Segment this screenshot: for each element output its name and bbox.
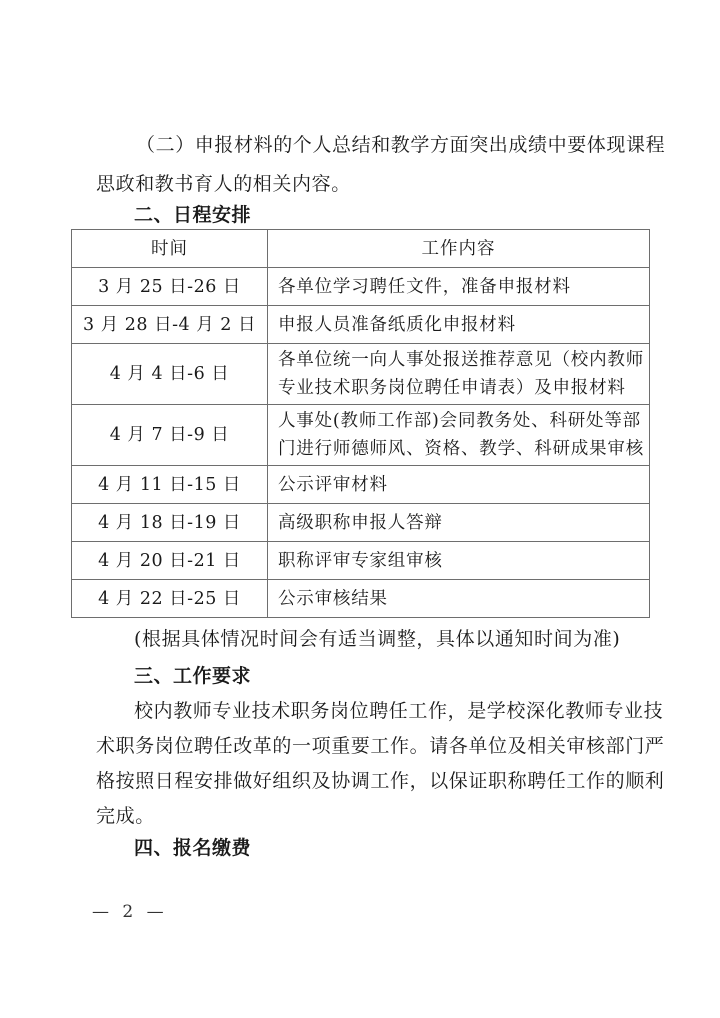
- table-header-row: 时间 工作内容: [72, 230, 650, 268]
- section-3-line-3: 格按照日程安排做好组织及协调工作，以保证职称聘任工作的顺利: [96, 769, 664, 793]
- row-content-line: 各单位学习聘任文件，准备申报材料: [278, 273, 649, 301]
- row-content-line: 各单位统一向人事处报送推荐意见（校内教师: [278, 346, 649, 374]
- header-time: 时间: [72, 230, 268, 268]
- row-content-line: 申报人员准备纸质化申报材料: [278, 311, 649, 339]
- row-content: 公示评审材料: [268, 466, 650, 504]
- row-content-line: 高级职称申报人答辩: [278, 509, 649, 537]
- row-content: 各单位学习聘任文件，准备申报材料: [268, 268, 650, 306]
- row-time: 4 月 4 日-6 日: [72, 344, 268, 405]
- row-content: 各单位统一向人事处报送推荐意见（校内教师 专业技术职务岗位聘任申请表）及申报材料: [268, 344, 650, 405]
- section-3-line-2: 术职务岗位聘任改革的一项重要工作。请各单位及相关审核部门严: [96, 734, 664, 758]
- document-page: （二）申报材料的个人总结和教学方面突出成绩中要体现课程 思政和教书育人的相关内容…: [0, 0, 720, 1018]
- row-content-line: 公示审核结果: [278, 585, 649, 613]
- table-row: 4 月 4 日-6 日 各单位统一向人事处报送推荐意见（校内教师 专业技术职务岗…: [72, 344, 650, 405]
- table-row: 4 月 7 日-9 日 人事处(教师工作部)会同教务处、科研处等部 门进行师德师…: [72, 405, 650, 466]
- row-time: 4 月 18 日-19 日: [72, 504, 268, 542]
- row-time: 3 月 25 日-26 日: [72, 268, 268, 306]
- row-time: 4 月 7 日-9 日: [72, 405, 268, 466]
- section-3-line-4: 完成。: [96, 804, 155, 828]
- page-number: — 2 —: [92, 902, 168, 922]
- row-content: 公示审核结果: [268, 580, 650, 618]
- section-2-heading: 二、日程安排: [134, 203, 251, 227]
- table-row: 4 月 11 日-15 日 公示评审材料: [72, 466, 650, 504]
- table-row: 4 月 18 日-19 日 高级职称申报人答辩: [72, 504, 650, 542]
- table-row: 4 月 20 日-21 日 职称评审专家组审核: [72, 542, 650, 580]
- row-time: 4 月 22 日-25 日: [72, 580, 268, 618]
- row-content: 人事处(教师工作部)会同教务处、科研处等部 门进行师德师风、资格、教学、科研成果…: [268, 405, 650, 466]
- row-content: 申报人员准备纸质化申报材料: [268, 306, 650, 344]
- row-content: 职称评审专家组审核: [268, 542, 650, 580]
- schedule-table: 时间 工作内容 3 月 25 日-26 日 各单位学习聘任文件，准备申报材料 3…: [71, 229, 650, 618]
- table-row: 3 月 28 日-4 月 2 日 申报人员准备纸质化申报材料: [72, 306, 650, 344]
- row-time: 4 月 11 日-15 日: [72, 466, 268, 504]
- row-time: 3 月 28 日-4 月 2 日: [72, 306, 268, 344]
- row-time: 4 月 20 日-21 日: [72, 542, 268, 580]
- section-3-line-1: 校内教师专业技术职务岗位聘任工作，是学校深化教师专业技: [134, 699, 663, 723]
- row-content-line: 专业技术职务岗位聘任申请表）及申报材料: [278, 374, 649, 402]
- section-4-heading: 四、报名缴费: [134, 836, 251, 860]
- header-content: 工作内容: [268, 230, 650, 268]
- section-3-heading: 三、工作要求: [134, 664, 251, 688]
- row-content-line: 职称评审专家组审核: [278, 547, 649, 575]
- paragraph-2-line-2: 思政和教书育人的相关内容。: [96, 172, 351, 196]
- paragraph-2-line-1: （二）申报材料的个人总结和教学方面突出成绩中要体现课程: [136, 133, 665, 157]
- row-content-line: 门进行师德师风、资格、教学、科研成果审核: [278, 435, 649, 463]
- table-row: 3 月 25 日-26 日 各单位学习聘任文件，准备申报材料: [72, 268, 650, 306]
- row-content-line: 公示评审材料: [278, 471, 649, 499]
- table-row: 4 月 22 日-25 日 公示审核结果: [72, 580, 650, 618]
- row-content-line: 人事处(教师工作部)会同教务处、科研处等部: [278, 407, 649, 435]
- row-content: 高级职称申报人答辩: [268, 504, 650, 542]
- schedule-note: (根据具体情况时间会有适当调整，具体以通知时间为准): [134, 627, 620, 651]
